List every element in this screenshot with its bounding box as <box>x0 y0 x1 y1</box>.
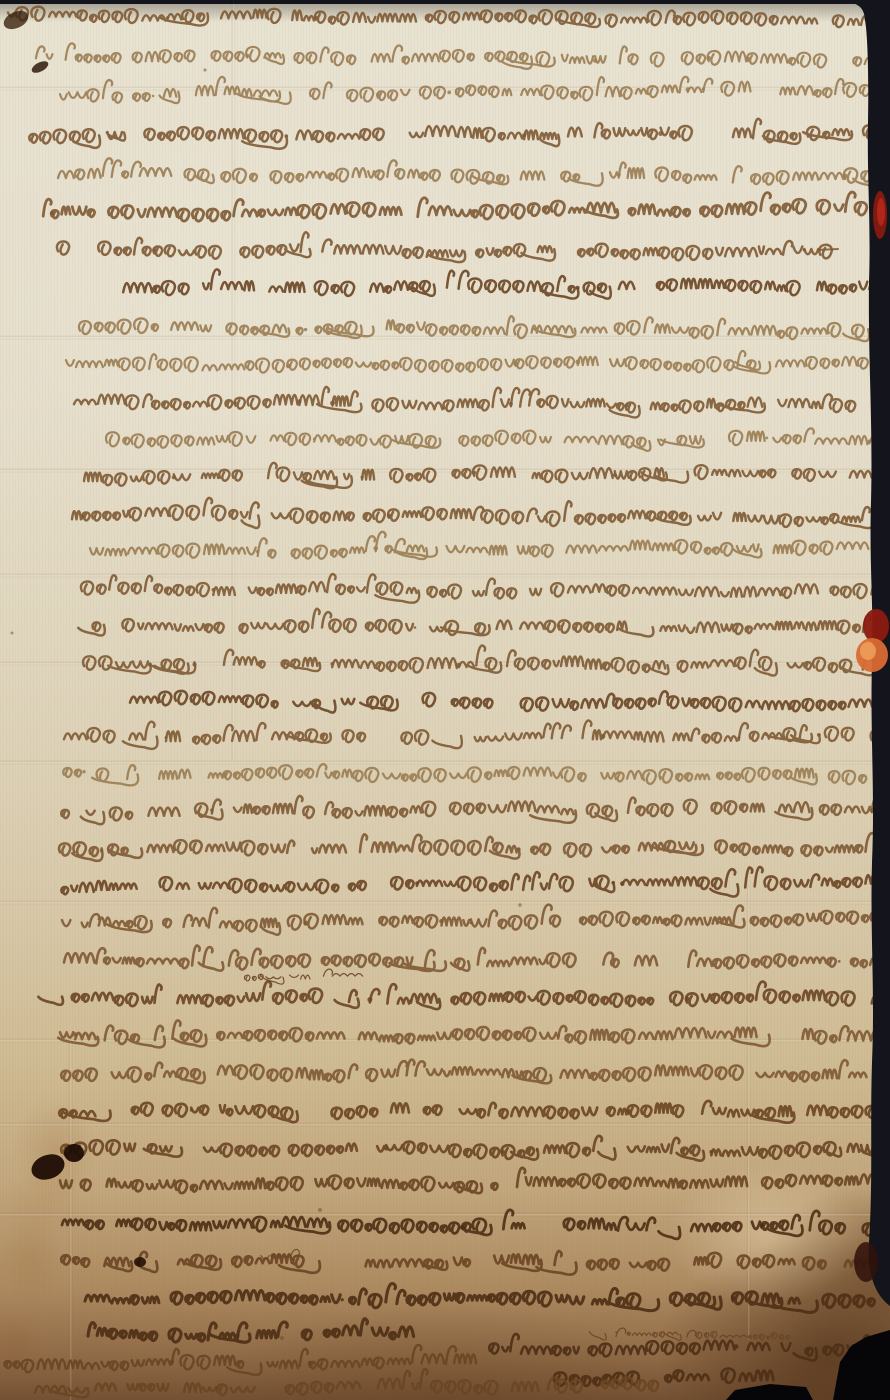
red-streak-core <box>877 198 885 226</box>
photo-border-layer <box>0 0 890 1400</box>
manuscript-photo <box>0 0 890 1400</box>
wax-seal-highlight <box>860 642 876 660</box>
edge-dark-blot <box>854 1242 878 1282</box>
wax-seal-dark <box>863 609 889 643</box>
top-border <box>0 0 890 4</box>
torn-corner <box>726 1384 813 1400</box>
torn-corner <box>833 1330 890 1400</box>
